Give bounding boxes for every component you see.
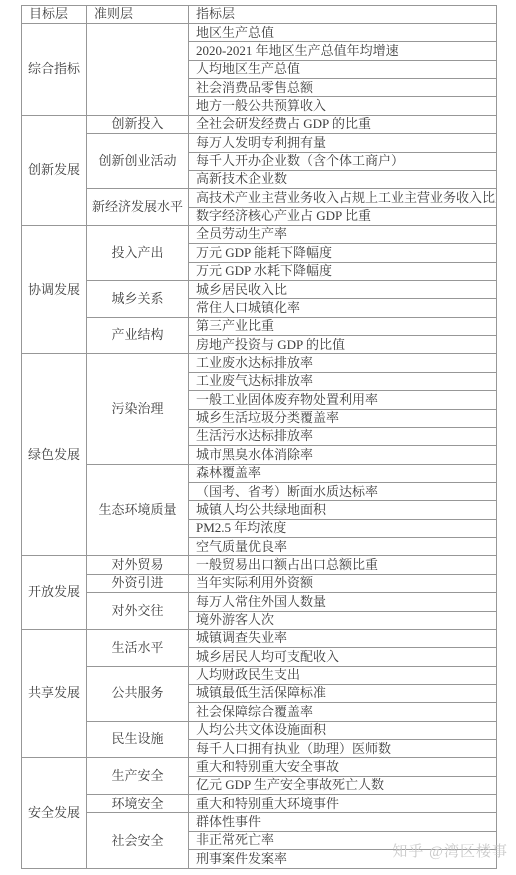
indicator-cell: 空气质量优良率 <box>189 538 497 556</box>
header-criterion-layer: 准则层 <box>87 6 189 24</box>
indicator-cell: 地区生产总值 <box>189 24 497 42</box>
indicator-table: 目标层 准则层 指标层 综合指标地区生产总值2020-2021 年地区生产总值年… <box>21 5 497 869</box>
table-row: 开放发展对外贸易一般贸易出口额占出口总额比重 <box>22 556 497 574</box>
target-cell: 安全发展 <box>22 758 87 869</box>
indicator-cell: 常住人口城镇化率 <box>189 299 497 317</box>
table-row: 共享发展生活水平城镇调查失业率 <box>22 629 497 647</box>
table-body: 综合指标地区生产总值2020-2021 年地区生产总值年均增速人均地区生产总值社… <box>22 24 497 869</box>
indicator-cell: 社会消费品零售总额 <box>189 79 497 97</box>
indicator-cell: 人均财政民生支出 <box>189 666 497 684</box>
indicator-cell: （国考、省考）断面水质达标率 <box>189 482 497 500</box>
table-row: 安全发展生产安全重大和特别重大安全事故 <box>22 758 497 776</box>
table-row: 公共服务人均财政民生支出 <box>22 666 497 684</box>
table-row: 外资引进当年实际利用外资额 <box>22 574 497 592</box>
table-row: 创新发展创新投入全社会研发经费占 GDP 的比重 <box>22 115 497 133</box>
indicator-cell: 生活污水达标排放率 <box>189 427 497 445</box>
criterion-cell: 对外贸易 <box>87 556 189 574</box>
indicator-cell: 境外游客人次 <box>189 611 497 629</box>
criterion-cell: 社会安全 <box>87 813 189 869</box>
page: 目标层 准则层 指标层 综合指标地区生产总值2020-2021 年地区生产总值年… <box>0 0 516 875</box>
table-row: 民生设施人均公共文体设施面积 <box>22 721 497 739</box>
target-cell: 共享发展 <box>22 629 87 758</box>
indicator-cell: 森林覆盖率 <box>189 464 497 482</box>
indicator-cell: 每万人发明专利拥有量 <box>189 134 497 152</box>
indicator-cell: 城乡居民收入比 <box>189 281 497 299</box>
indicator-cell: 城市黑臭水体消除率 <box>189 446 497 464</box>
criterion-cell: 生态环境质量 <box>87 464 189 556</box>
table-row: 创新创业活动每万人发明专利拥有量 <box>22 134 497 152</box>
criterion-cell: 民生设施 <box>87 721 189 758</box>
target-cell: 绿色发展 <box>22 354 87 556</box>
indicator-cell: 工业废水达标排放率 <box>189 354 497 372</box>
table-row: 绿色发展污染治理工业废水达标排放率 <box>22 354 497 372</box>
header-row: 目标层 准则层 指标层 <box>22 6 497 24</box>
criterion-cell: 外资引进 <box>87 574 189 592</box>
indicator-cell: 城镇调查失业率 <box>189 629 497 647</box>
target-cell: 开放发展 <box>22 556 87 629</box>
indicator-cell: 每万人常住外国人数量 <box>189 593 497 611</box>
target-cell: 创新发展 <box>22 115 87 225</box>
indicator-cell: 城镇人均公共绿地面积 <box>189 501 497 519</box>
indicator-cell: PM2.5 年均浓度 <box>189 519 497 537</box>
table-row: 产业结构第三产业比重 <box>22 317 497 335</box>
indicator-cell: 2020-2021 年地区生产总值年均增速 <box>189 42 497 60</box>
criterion-cell: 生活水平 <box>87 629 189 666</box>
header-indicator-layer: 指标层 <box>189 6 497 24</box>
indicator-cell: 城乡居民人均可支配收入 <box>189 648 497 666</box>
criterion-cell: 产业结构 <box>87 317 189 354</box>
target-cell: 综合指标 <box>22 24 87 116</box>
table-row: 协调发展投入产出全员劳动生产率 <box>22 225 497 243</box>
indicator-cell: 亿元 GDP 生产安全事故死亡人数 <box>189 776 497 794</box>
criterion-cell: 污染治理 <box>87 354 189 464</box>
criterion-cell: 对外交往 <box>87 593 189 630</box>
watermark: 知乎 @湾区楼事 <box>392 840 508 861</box>
indicator-cell: 高技术产业主营业务收入占规上工业主营业务收入比重 <box>189 189 497 207</box>
indicator-cell: 重大和特别重大安全事故 <box>189 758 497 776</box>
criterion-cell: 创新创业活动 <box>87 134 189 189</box>
indicator-cell: 全员劳动生产率 <box>189 225 497 243</box>
criterion-cell: 公共服务 <box>87 666 189 721</box>
table-row: 环境安全重大和特别重大环境事件 <box>22 795 497 813</box>
indicator-cell: 一般贸易出口额占出口总额比重 <box>189 556 497 574</box>
indicator-cell: 群体性事件 <box>189 813 497 831</box>
indicator-cell: 重大和特别重大环境事件 <box>189 795 497 813</box>
indicator-cell: 全社会研发经费占 GDP 的比重 <box>189 115 497 133</box>
table-row: 生态环境质量森林覆盖率 <box>22 464 497 482</box>
indicator-cell: 高新技术企业数 <box>189 170 497 188</box>
indicator-cell: 每千人口拥有执业（助理）医师数 <box>189 740 497 758</box>
table-row: 社会安全群体性事件 <box>22 813 497 831</box>
indicator-cell: 万元 GDP 能耗下降幅度 <box>189 244 497 262</box>
criterion-cell: 生产安全 <box>87 758 189 795</box>
table-row: 新经济发展水平高技术产业主营业务收入占规上工业主营业务收入比重 <box>22 189 497 207</box>
criterion-cell: 环境安全 <box>87 795 189 813</box>
table-row: 综合指标地区生产总值 <box>22 24 497 42</box>
indicator-cell: 每千人开办企业数（含个体工商户） <box>189 152 497 170</box>
criterion-cell: 创新投入 <box>87 115 189 133</box>
table-header: 目标层 准则层 指标层 <box>22 6 497 24</box>
criterion-cell: 投入产出 <box>87 225 189 280</box>
indicator-cell: 城镇最低生活保障标准 <box>189 684 497 702</box>
criterion-cell: 新经济发展水平 <box>87 189 189 226</box>
target-cell: 协调发展 <box>22 225 87 354</box>
indicator-cell: 一般工业固体废弃物处置利用率 <box>189 391 497 409</box>
indicator-cell: 工业废气达标排放率 <box>189 372 497 390</box>
indicator-cell: 地方一般公共预算收入 <box>189 97 497 115</box>
header-target-layer: 目标层 <box>22 6 87 24</box>
indicator-cell: 人均公共文体设施面积 <box>189 721 497 739</box>
indicator-cell: 数字经济核心产业占 GDP 比重 <box>189 207 497 225</box>
indicator-cell: 房地产投资与 GDP 的比值 <box>189 336 497 354</box>
indicator-cell: 城乡生活垃圾分类覆盖率 <box>189 409 497 427</box>
criterion-cell <box>87 24 189 116</box>
indicator-cell: 社会保障综合覆盖率 <box>189 703 497 721</box>
indicator-cell: 万元 GDP 水耗下降幅度 <box>189 262 497 280</box>
table-row: 城乡关系城乡居民收入比 <box>22 281 497 299</box>
indicator-cell: 当年实际利用外资额 <box>189 574 497 592</box>
indicator-cell: 第三产业比重 <box>189 317 497 335</box>
table-row: 对外交往每万人常住外国人数量 <box>22 593 497 611</box>
criterion-cell: 城乡关系 <box>87 281 189 318</box>
indicator-cell: 人均地区生产总值 <box>189 60 497 78</box>
